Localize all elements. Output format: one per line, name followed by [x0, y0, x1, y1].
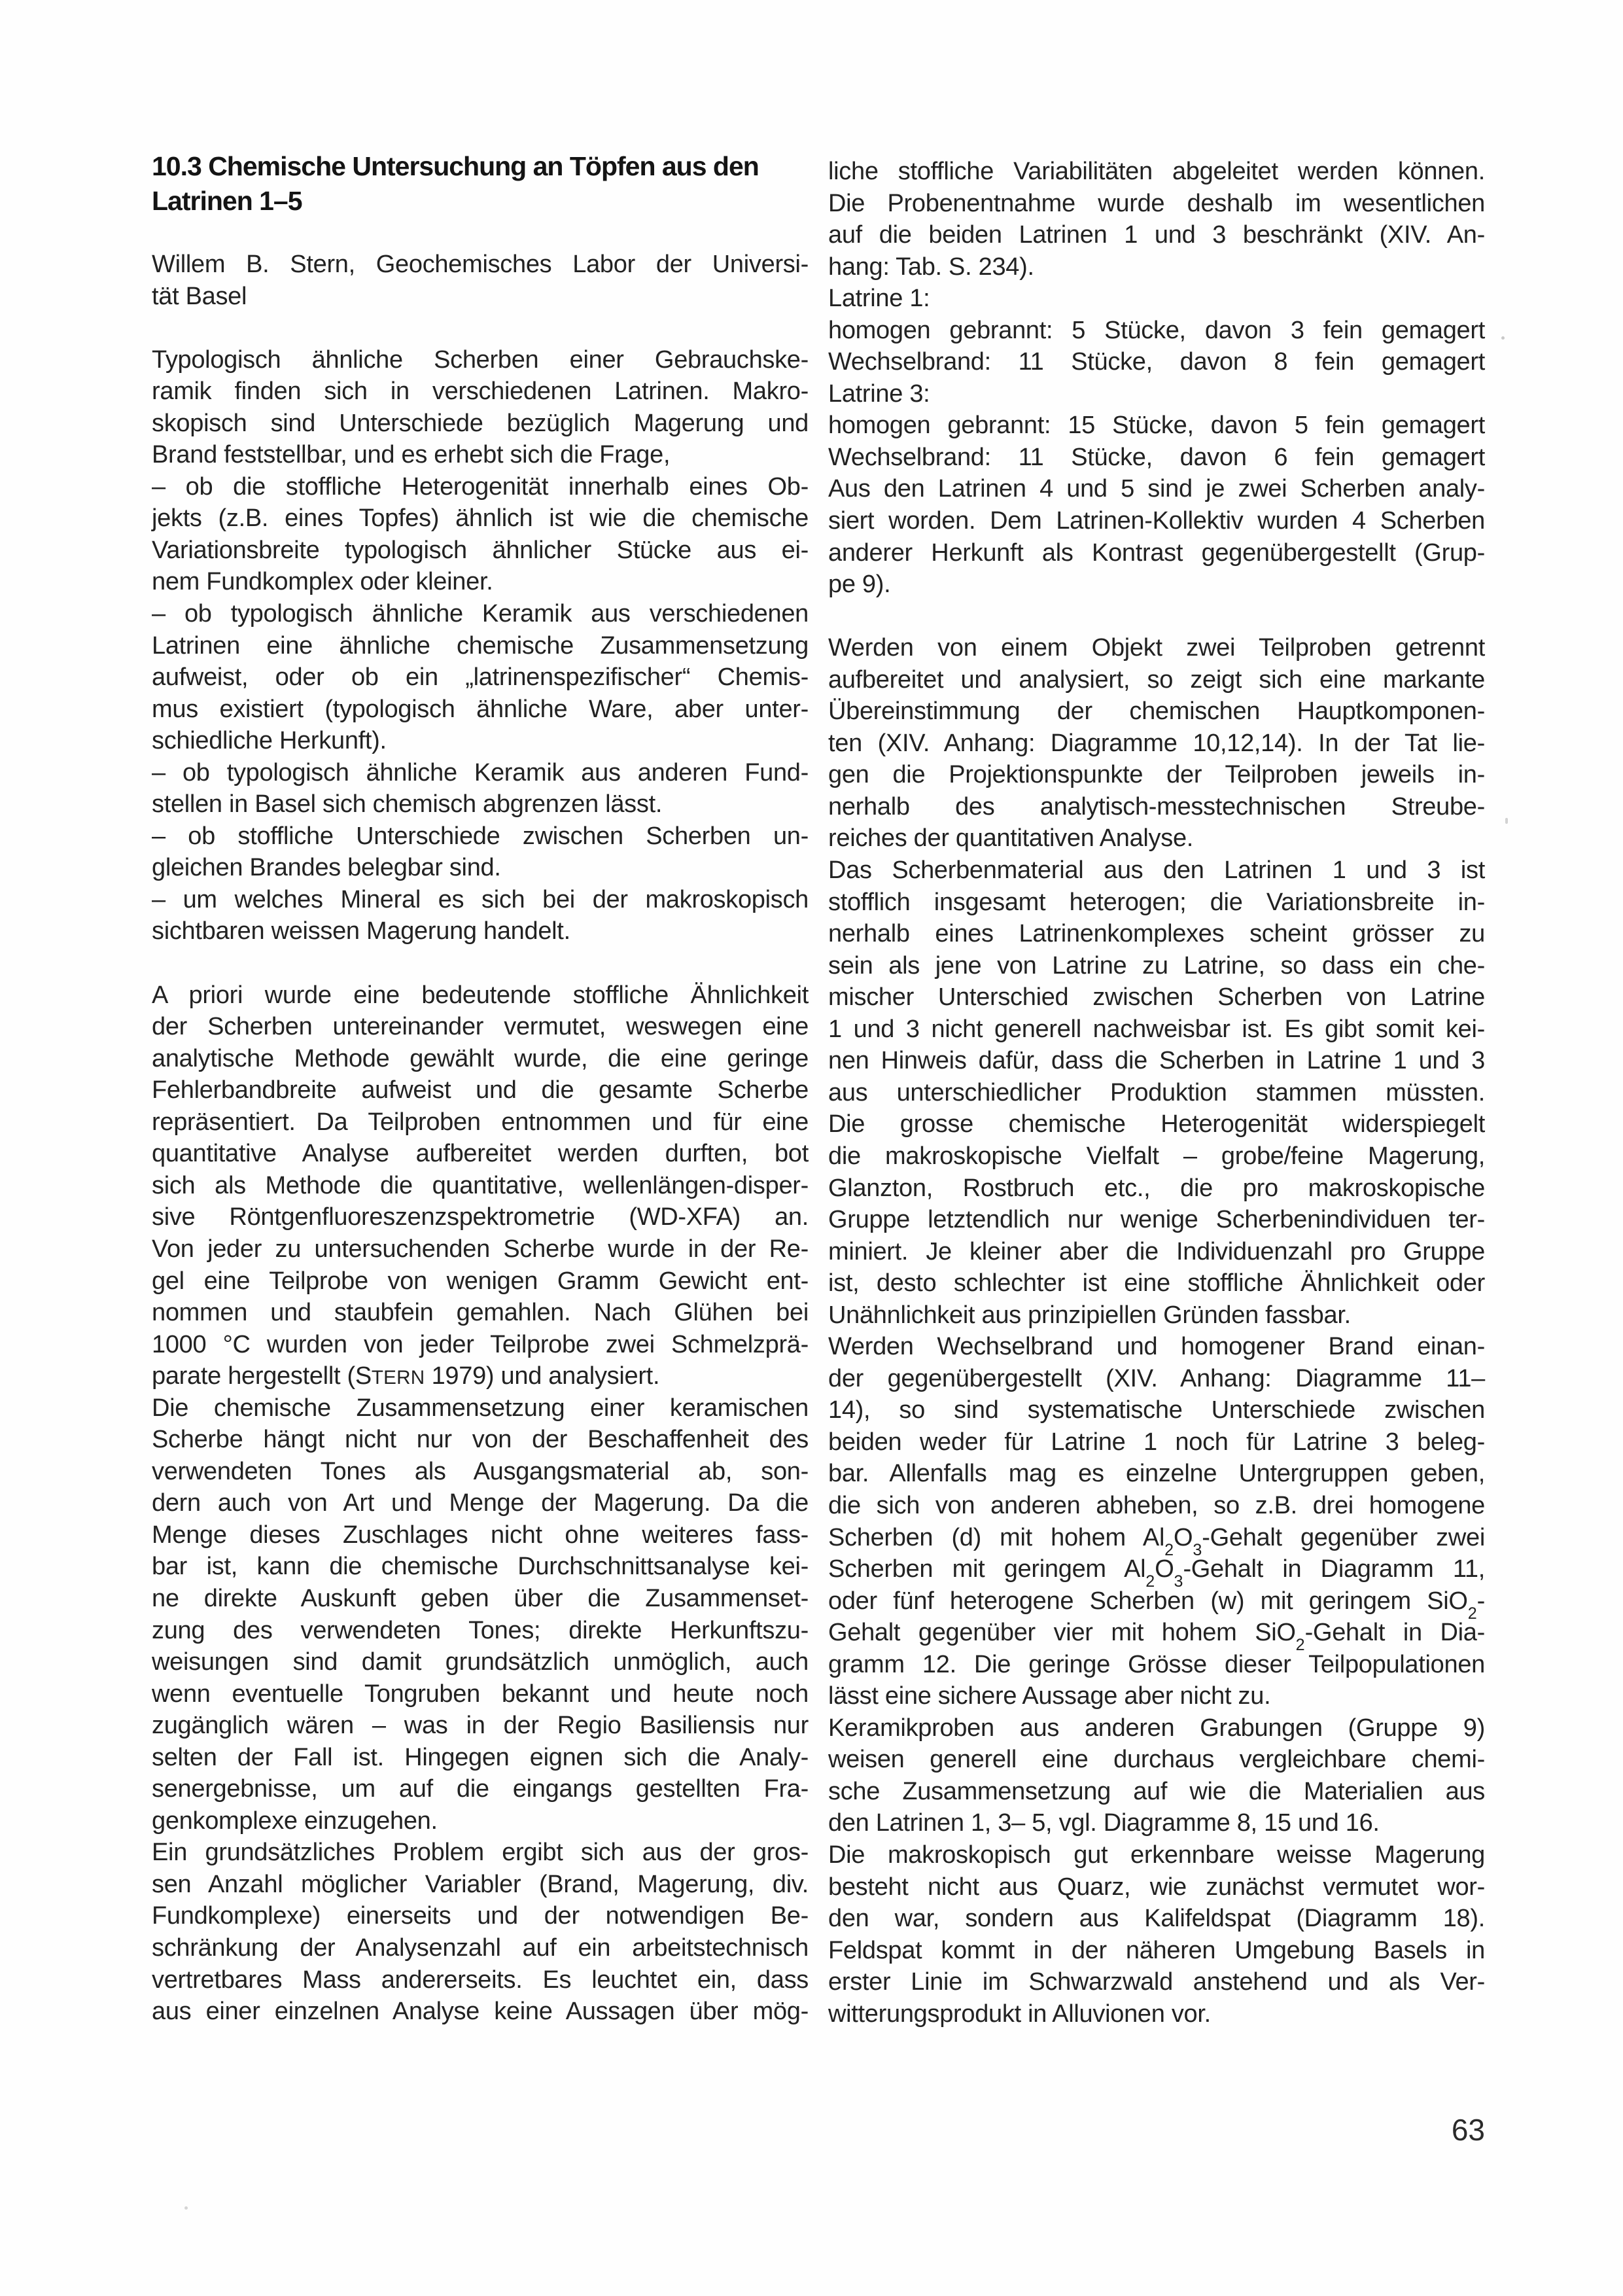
text-line: wenn eventuelle Tongruben bekannt und he…	[152, 1678, 809, 1710]
blank-line	[152, 312, 809, 344]
text-line: nem Fundkomplex oder kleiner.	[152, 566, 809, 598]
text-line: vertretbares Mass andererseits. Es leuch…	[152, 1964, 809, 1996]
text-line: verwendeten Tones als Ausgangsmaterial a…	[152, 1456, 809, 1488]
text-line: gel eine Teilprobe von wenigen Gramm Gew…	[152, 1265, 809, 1298]
text-line: sche Zusammensetzung auf wie die Materia…	[828, 1776, 1485, 1808]
text-line: beiden weder für Latrine 1 noch für Latr…	[828, 1426, 1485, 1458]
scan-speck	[1501, 336, 1505, 340]
text-line: Feldspat kommt in der näheren Umgebung B…	[828, 1935, 1485, 1967]
text-line: ist, desto schlechter ist eine stofflich…	[828, 1267, 1485, 1299]
text-line: anderer Herkunft als Kontrast gegenüberg…	[828, 537, 1485, 569]
text-line: stofflich insgesamt heterogen; die Varia…	[828, 887, 1485, 919]
text-line: jekts (z.B. eines Topfes) ähnlich ist wi…	[152, 503, 809, 535]
text-line: nommen und staubfein gemahlen. Nach Glüh…	[152, 1297, 809, 1329]
text-line: reiches der quantitativen Analyse.	[828, 822, 1485, 855]
text-line: Scherbe hängt nicht nur von der Beschaff…	[152, 1424, 809, 1456]
text-line: sein als jene von Latrine zu Latrine, so…	[828, 950, 1485, 982]
text-line: aus einer einzelnen Analyse keine Aussag…	[152, 1996, 809, 2028]
text-line: ramik finden sich in verschiedenen Latri…	[152, 376, 809, 408]
left-text-column: Willem B. Stern, Geochemisches Labor der…	[152, 249, 809, 2028]
text-line: aufweist, oder ob ein „latrinenspezifisc…	[152, 662, 809, 694]
text-line: miniert. Je kleiner aber die Individuenz…	[828, 1236, 1485, 1268]
text-line: besteht nicht aus Quarz, wie zunächst ve…	[828, 1871, 1485, 1903]
text-line: analytische Methode gewählt wurde, die e…	[152, 1043, 809, 1075]
text-line: zugänglich wären – was in der Regio Basi…	[152, 1710, 809, 1742]
text-line: Menge dieses Zuschlages nicht ohne weite…	[152, 1519, 809, 1551]
text-line: Fehlerbandbreite aufweist und die gesamt…	[152, 1074, 809, 1106]
text-line: Wechselbrand: 11 Stücke, davon 8 fein ge…	[828, 346, 1485, 378]
text-line: auf die beiden Latrinen 1 und 3 beschrän…	[828, 219, 1485, 251]
text-line: Typologisch ähnliche Scherben einer Gebr…	[152, 344, 809, 376]
text-line: Variationsbreite typologisch ähnlicher S…	[152, 535, 809, 567]
text-line: Keramikproben aus anderen Grabungen (Gru…	[828, 1712, 1485, 1744]
text-line: dern auch von Art und Menge der Magerung…	[152, 1487, 809, 1519]
heading-line-2: Latrinen 1–5	[152, 184, 809, 219]
text-line: Gruppe letztendlich nur wenige Scherbeni…	[828, 1204, 1485, 1236]
text-line: ne direkte Auskunft geben über die Zusam…	[152, 1583, 809, 1615]
text-line: sich als Methode die quantitative, welle…	[152, 1170, 809, 1202]
text-line: Fundkomplexe) einerseits und der notwend…	[152, 1900, 809, 1932]
text-line: siert worden. Dem Latrinen-Kollektiv wur…	[828, 505, 1485, 537]
text-line: Wechselbrand: 11 Stücke, davon 6 fein ge…	[828, 442, 1485, 474]
text-line: 1000 °C wurden von jeder Teilprobe zwei …	[152, 1329, 809, 1361]
text-line: quantitative Analyse aufbereitet werden …	[152, 1138, 809, 1170]
text-line: repräsentiert. Da Teilproben entnommen u…	[152, 1106, 809, 1139]
text-line: witterungsprodukt in Alluvionen vor.	[828, 1998, 1485, 2030]
text-line: aufbereitet und analysiert, so zeigt sic…	[828, 664, 1485, 696]
section-heading: 10.3 Chemische Untersuchung an Töpfen au…	[152, 149, 809, 219]
text-line: mus existiert (typologisch ähnliche Ware…	[152, 694, 809, 726]
scan-speck	[1505, 818, 1508, 824]
text-line: Die Probenentnahme wurde deshalb im wese…	[828, 188, 1485, 220]
text-line: Scherben mit geringem Al2O3-Gehalt in Di…	[828, 1553, 1485, 1585]
text-line: stellen in Basel sich chemisch abgrenzen…	[152, 788, 809, 821]
text-line: gramm 12. Die geringe Grösse dieser Teil…	[828, 1649, 1485, 1681]
heading-line-1: 10.3 Chemische Untersuchung an Töpfen au…	[152, 149, 809, 184]
text-line: Das Scherbenmaterial aus den Latrinen 1 …	[828, 855, 1485, 887]
text-line: senergebnisse, um auf die eingangs geste…	[152, 1773, 809, 1805]
text-line: gen die Projektionspunkte der Teilproben…	[828, 759, 1485, 791]
text-line: oder fünf heterogene Scherben (w) mit ge…	[828, 1585, 1485, 1617]
right-text-column: liche stoffliche Variabilitäten abgeleit…	[828, 156, 1485, 2030]
text-line: – ob stoffliche Unterschiede zwischen Sc…	[152, 821, 809, 853]
text-line: pe 9).	[828, 569, 1485, 601]
text-line: Gehalt gegenüber vier mit hohem SiO2-Geh…	[828, 1617, 1485, 1649]
text-line: den Latrinen 1, 3– 5, vgl. Diagramme 8, …	[828, 1807, 1485, 1839]
text-line: skopisch sind Unterschiede bezüglich Mag…	[152, 408, 809, 440]
text-line: Unähnlichkeit aus prinzipiellen Gründen …	[828, 1299, 1485, 1332]
text-line: lässt eine sichere Aussage aber nicht zu…	[828, 1680, 1485, 1712]
text-line: parate hergestellt (STERN 1979) und anal…	[152, 1360, 809, 1392]
text-line: genkomplexe einzugehen.	[152, 1805, 809, 1837]
text-line: Aus den Latrinen 4 und 5 sind je zwei Sc…	[828, 473, 1485, 505]
text-line: zung des verwendeten Tones; direkte Herk…	[152, 1615, 809, 1647]
text-line: Willem B. Stern, Geochemisches Labor der…	[152, 249, 809, 281]
text-line: – ob typologisch ähnliche Keramik aus an…	[152, 757, 809, 789]
page-number: 63	[1374, 2112, 1485, 2147]
text-line: Ein grundsätzliches Problem ergibt sich …	[152, 1837, 809, 1869]
text-line: schiedliche Herkunft).	[152, 725, 809, 757]
text-line: Scherben (d) mit hohem Al2O3-Gehalt gege…	[828, 1522, 1485, 1554]
text-line: der gegenübergestellt (XIV. Anhang: Diag…	[828, 1363, 1485, 1395]
text-line: bar. Allenfalls mag es einzelne Untergru…	[828, 1458, 1485, 1490]
text-line: hang: Tab. S. 234).	[828, 251, 1485, 283]
text-line: homogen gebrannt: 5 Stücke, davon 3 fein…	[828, 315, 1485, 347]
text-line: Latrine 3:	[828, 378, 1485, 410]
text-line: aus unterschiedlicher Produktion stammen…	[828, 1077, 1485, 1109]
text-line: erster Linie im Schwarzwald anstehend un…	[828, 1966, 1485, 1998]
text-line: bar ist, kann die chemische Durchschnitt…	[152, 1551, 809, 1583]
text-line: – um welches Mineral es sich bei der mak…	[152, 884, 809, 916]
text-line: – ob die stoffliche Heterogenität innerh…	[152, 471, 809, 503]
text-line: – ob typologisch ähnliche Keramik aus ve…	[152, 598, 809, 630]
text-line: Die grosse chemische Heterogenität wider…	[828, 1108, 1485, 1140]
text-line: schränkung der Analysenzahl auf ein arbe…	[152, 1932, 809, 1964]
text-line: nen Hinweis dafür, dass die Scherben in …	[828, 1045, 1485, 1077]
text-line: sichtbaren weissen Magerung handelt.	[152, 915, 809, 947]
text-line: weisen generell eine durchaus vergleichb…	[828, 1744, 1485, 1776]
text-line: Brand feststellbar, und es erhebt sich d…	[152, 439, 809, 471]
text-line: A priori wurde eine bedeutende stofflich…	[152, 980, 809, 1012]
blank-line	[152, 947, 809, 980]
text-line: liche stoffliche Variabilitäten abgeleit…	[828, 156, 1485, 188]
blank-line	[828, 601, 1485, 633]
text-line: 1 und 3 nicht generell nachweisbar ist. …	[828, 1014, 1485, 1046]
text-line: selten der Fall ist. Hingegen eignen sic…	[152, 1742, 809, 1774]
text-line: sive Röntgenfluoreszenzspektrometrie (WD…	[152, 1201, 809, 1233]
text-line: Werden von einem Objekt zwei Teilproben …	[828, 632, 1485, 664]
text-line: Die makroskopisch gut erkennbare weisse …	[828, 1839, 1485, 1871]
text-line: sen Anzahl möglicher Variabler (Brand, M…	[152, 1869, 809, 1901]
text-line: die sich von anderen abheben, so z.B. dr…	[828, 1490, 1485, 1522]
text-line: Von jeder zu untersuchenden Scherbe wurd…	[152, 1233, 809, 1265]
text-line: weisungen sind damit grundsätzlich unmög…	[152, 1646, 809, 1678]
text-line: homogen gebrannt: 15 Stücke, davon 5 fei…	[828, 410, 1485, 442]
text-line: gleichen Brandes belegbar sind.	[152, 852, 809, 884]
text-line: mischer Unterschied zwischen Scherben vo…	[828, 981, 1485, 1014]
scan-speck	[184, 2206, 188, 2210]
text-line: nerhalb des analytisch-messtechnischen S…	[828, 791, 1485, 823]
text-line: Werden Wechselbrand und homogener Brand …	[828, 1331, 1485, 1363]
text-line: ten (XIV. Anhang: Diagramme 10,12,14). I…	[828, 728, 1485, 760]
text-line: der Scherben untereinander vermutet, wes…	[152, 1011, 809, 1043]
text-line: Glanzton, Rostbruch etc., die pro makros…	[828, 1173, 1485, 1205]
text-line: den war, sondern aus Kalifeldspat (Diagr…	[828, 1903, 1485, 1935]
text-line: tät Basel	[152, 281, 809, 313]
text-line: Übereinstimmung der chemischen Hauptkomp…	[828, 696, 1485, 728]
text-line: Latrinen eine ähnliche chemische Zusamme…	[152, 630, 809, 662]
document-page: 10.3 Chemische Untersuchung an Töpfen au…	[0, 0, 1623, 2296]
text-line: nerhalb eines Latrinenkomplexes scheint …	[828, 918, 1485, 950]
text-line: Latrine 1:	[828, 283, 1485, 315]
text-line: Die chemische Zusammensetzung einer kera…	[152, 1392, 809, 1424]
text-line: 14), so sind systematische Unterschiede …	[828, 1394, 1485, 1426]
text-line: die makroskopische Vielfalt – grobe/fein…	[828, 1140, 1485, 1173]
